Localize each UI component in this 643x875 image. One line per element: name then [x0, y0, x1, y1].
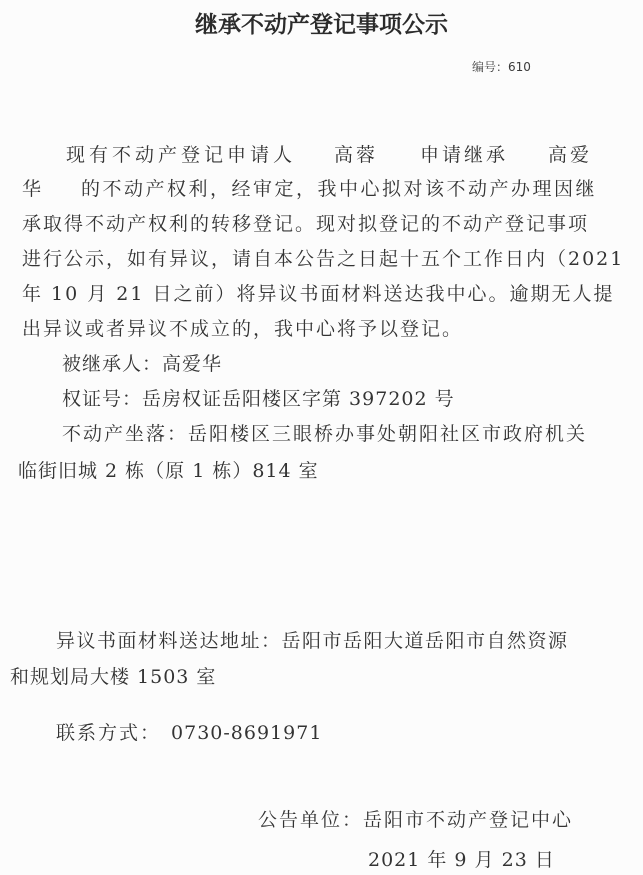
decedent-row: 被继承人：高爱华	[62, 349, 222, 376]
apply-inherit-text: 申请继承	[420, 144, 508, 166]
body-line-6: 出异议或者异议不成立的，我中心将予以登记。	[22, 314, 463, 341]
document-number-value: 610	[508, 60, 531, 74]
body-line-2-text: 的不动产权利，经审定，我中心拟对该不动产办理因继	[81, 178, 597, 200]
document-number-label: 编号：	[472, 60, 508, 74]
body-line-1: 现有不动产登记申请人高蓉申请继承高爱	[66, 140, 592, 167]
certificate-row: 权证号：岳房权证岳阳楼区字第 397202 号	[62, 384, 455, 411]
location-label: 不动产坐落：	[62, 423, 188, 445]
body-line-4: 进行公示，如有异议，请自本公告之日起十五个工作日内（2021	[22, 244, 624, 271]
location-row: 不动产坐落：岳阳楼区三眼桥办事处朝阳社区市政府机关	[62, 419, 587, 446]
decedent-name-part2: 华	[22, 178, 43, 200]
issuer-label: 公告单位：	[258, 809, 363, 831]
location-row-continued: 临街旧城 2 栋（原 1 栋）814 室	[18, 456, 319, 483]
body-line-2: 华的不动产权利，经审定，我中心拟对该不动产办理因继	[22, 174, 597, 201]
objection-address-continued: 和规划局大楼 1503 室	[10, 662, 216, 689]
notice-page: 继承不动产登记事项公示 编号：610 现有不动产登记申请人高蓉申请继承高爱 华的…	[0, 0, 643, 875]
issuer-row: 公告单位：岳阳市不动产登记中心	[258, 805, 573, 832]
applicant-name: 高蓉	[334, 144, 378, 166]
certificate-value: 岳房权证岳阳楼区字第 397202 号	[142, 388, 455, 410]
body-intro-text: 现有不动产登记申请人	[66, 144, 296, 166]
location-value-line1: 岳阳楼区三眼桥办事处朝阳社区市政府机关	[188, 423, 587, 445]
objection-address-value-line1: 岳阳市岳阳大道岳阳市自然资源	[282, 630, 569, 652]
document-number: 编号：610	[472, 58, 531, 75]
notice-date: 2021 年 9 月 23 日	[368, 845, 555, 872]
objection-address-row: 异议书面材料送达地址：岳阳市岳阳大道岳阳市自然资源	[56, 626, 569, 653]
contact-row: 联系方式：0730-8691971	[56, 718, 322, 745]
contact-phone: 0730-8691971	[171, 722, 322, 744]
decedent-label: 被继承人：	[62, 353, 162, 375]
decedent-name-part1: 高爱	[548, 144, 592, 166]
body-line-3: 承取得不动产权利的转移登记。现对拟登记的不动产登记事项	[22, 209, 589, 236]
body-line-5: 年 10 月 21 日之前）将异议书面材料送达我中心。逾期无人提	[22, 279, 615, 306]
issuer-value: 岳阳市不动产登记中心	[363, 809, 573, 831]
document-title: 继承不动产登记事项公示	[0, 6, 643, 39]
certificate-label: 权证号：	[62, 388, 142, 410]
objection-address-label: 异议书面材料送达地址：	[56, 630, 282, 652]
contact-label: 联系方式：	[56, 722, 161, 744]
decedent-value: 高爱华	[162, 353, 222, 375]
